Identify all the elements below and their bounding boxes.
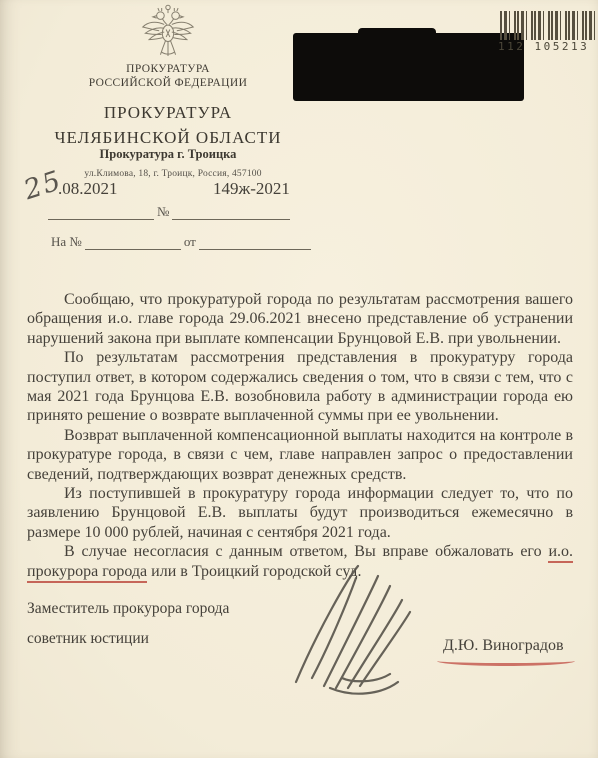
number-label: №: [154, 204, 172, 220]
org-top-line1: ПРОКУРАТУРА: [48, 62, 288, 76]
letter-body: Сообщаю, что прокуратурой города по резу…: [27, 290, 573, 581]
handwritten-signature-icon: [278, 560, 453, 695]
scanned-letter-page: ПРОКУРАТУРА РОССИЙСКОЙ ФЕДЕРАЦИИ ПРОКУРА…: [0, 0, 598, 758]
paragraph-5-start: В случае несогласия с данным ответом, Вы…: [64, 543, 548, 560]
signer-position-line1: Заместитель прокурора города: [27, 600, 229, 618]
barcode-digits: 112 105213: [498, 40, 598, 53]
on-number-label: На №: [48, 234, 85, 250]
russian-coat-of-arms-icon: [136, 3, 200, 61]
signer-name: Д.Ю. Виноградов: [443, 637, 564, 655]
office-name: Прокуратура г. Троицка: [48, 147, 288, 162]
incoming-number-line: На № от: [48, 234, 360, 250]
document-number: 149ж-2021: [213, 179, 290, 199]
redaction-box: [293, 33, 524, 101]
outgoing-number-line: №: [48, 204, 360, 220]
paragraph-3: Возврат выплаченной компенсационной выпл…: [27, 426, 573, 484]
office-address: ул.Климова, 18, г. Троицк, Россия, 45710…: [48, 169, 298, 179]
signer-position-line2: советник юстиции: [27, 630, 149, 648]
org-region-title: ПРОКУРАТУРА ЧЕЛЯБИНСКОЙ ОБЛАСТИ: [33, 100, 303, 150]
paragraph-2: По результатам рассмотрения представлени…: [27, 348, 573, 426]
from-label: от: [181, 234, 199, 250]
document-date: .08.2021: [58, 179, 118, 199]
from-blank: [199, 234, 311, 250]
date-blank: [48, 204, 154, 220]
number-blank: [172, 204, 290, 220]
org-main-line1: ПРОКУРАТУРА: [33, 100, 303, 125]
pen-underline-mark: [437, 656, 575, 666]
org-federation-title: ПРОКУРАТУРА РОССИЙСКОЙ ФЕДЕРАЦИИ: [48, 62, 288, 90]
paragraph-4: Из поступившей в прокуратуру города инфо…: [27, 484, 573, 542]
barcode-icon: [500, 11, 598, 40]
org-top-line2: РОССИЙСКОЙ ФЕДЕРАЦИИ: [48, 76, 288, 90]
paragraph-1: Сообщаю, что прокуратурой города по резу…: [27, 290, 573, 348]
on-number-blank: [85, 234, 181, 250]
